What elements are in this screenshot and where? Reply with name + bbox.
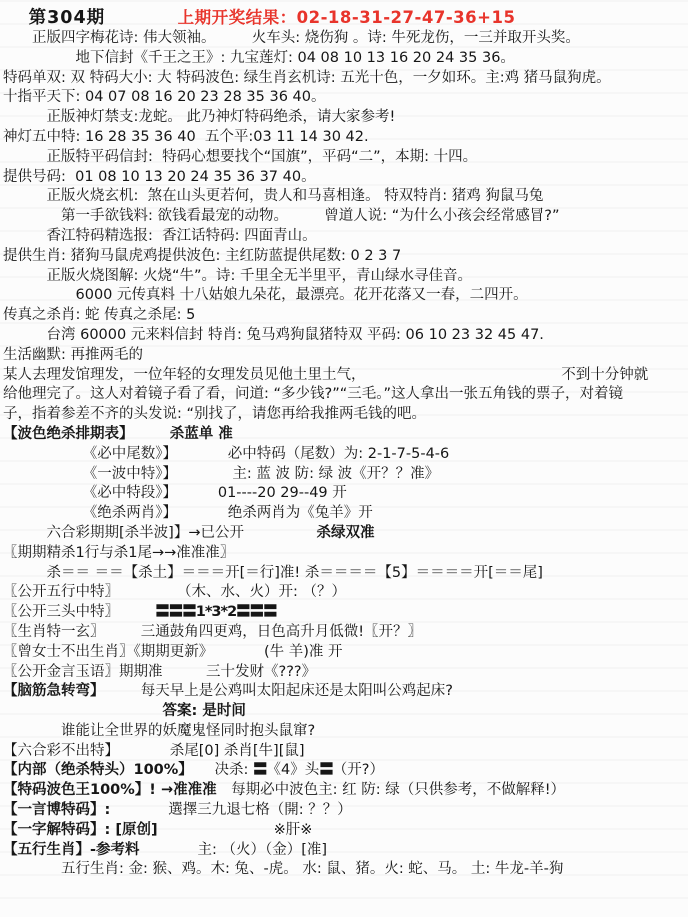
doc-line: 〖公开五行中特〗 （木、水、火）开: （？） [3,583,688,603]
text-segment: 正版火烧图解: 火烧“牛”。诗: 千里全无半里平，青山绿水寻佳音。 [3,268,472,284]
doc-line: 正版火烧图解: 火烧“牛”。诗: 千里全无半里平，青山绿水寻佳音。 [3,267,688,287]
text-segment: 〖曾女士不出生肖〗《期期更新》 (牛 羊)准 开 [3,644,343,660]
section-result: 杀蓝单 准 [170,426,233,442]
text-segment: 《必中特段》】 01----20 29--49 开 [3,485,347,501]
doc-line: 《绝杀两肖》】 绝杀两肖为《兔羊》开 [3,504,688,524]
text-segment: 〖生肖特一玄〗 三通鼓角四更鸡，日色高升月低微!〖开？〗 [3,624,422,640]
riddle-answer: 答案: 是时间 [163,703,246,719]
text-segment: 〖公开五行中特〗 （木、水、火）开: （？） [3,584,346,600]
text-segment: 每天早上是公鸡叫太阳起床还是太阳叫公鸡起床? [97,683,453,699]
doc-line: 《必中特段》】 01----20 29--49 开 [3,484,688,504]
spacer [158,822,274,838]
text-segment: 選擇三九退七格（開: ？？） [110,802,352,818]
text-segment: 谁能让全世界的妖魔鬼怪同时抱头鼠窜? [3,723,315,739]
doc-line: 地下信封《千王之王》: 九宝莲灯: 04 08 10 13 16 20 24 3… [3,49,688,69]
doc-line: 子，指着参差不齐的头发说: “别找了，请您再给我推两毛钱的吧。 [3,405,688,425]
one-char-hint: ※肝※ [274,822,313,838]
section-line: 〖公开三头中特〗 〓〓〓1*3*2〓〓〓 [3,603,688,623]
text-segment: 台湾 60000 元来料信封 特肖: 兔马鸡狗鼠猪特双 平码: 06 10 23… [3,327,544,343]
text-segment: 正版特平码信封: 特码心想要找个“国旗”，平码“二”，本期: 十四。 [3,149,477,165]
spacer [244,525,317,541]
text-segment: 决杀: [186,762,254,778]
text-segment: 〖期期精杀1行与杀1尾→→准准准〗 [3,545,234,561]
doc-line: 提供生肖: 猪狗马鼠虎鸡提供波色: 主红防蓝提供尾数: 0 2 3 7 [3,247,688,267]
issue-number: 第304期 [3,8,105,28]
text-segment: 特码单双: 双 特码大小: 大 特码波色: 绿生肖玄机诗: 五光十色，一夕如环。… [3,70,611,86]
doc-line: 五行生肖: 金: 猴、鸡。木: 兔、-虎。 水: 鼠、猪。火: 蛇、马。 土: … [3,860,688,880]
doc-line: 正版四字梅花诗: 伟大领袖。 火车头: 烧伤狗 。诗: 牛死龙伤，一三并取开头奖… [3,29,688,49]
doc-line: 〖公开金言玉语〗期期准 三十发财《???》 [3,663,688,683]
header-line: 第304期 上期开奖结果：02-18-31-27-47-36+15 [3,6,688,29]
text-segment: 《4》头 [267,762,320,778]
text-segment: （开?） [333,762,384,778]
section-title: 【一言博特码】: [3,802,110,818]
section-title: 【五行生肖】-参考料 [3,842,140,858]
text-segment: 香江特码精选报: 香江话特码: 四面青山。 [3,228,317,244]
section-title: 【脑筋急转弯】 [3,683,97,699]
doc-line: 《必中尾数》】 必中特码（尾数）为: 2-1-7-5-4-6 [3,445,688,465]
text-segment: 子，指着参差不齐的头发说: “别找了，请您再给我推两毛钱的吧。 [3,406,426,422]
text-segment: 《一波中特》】 主: 蓝 波 防: 绿 波《开？？准》 [3,466,439,482]
doc-line: 传真之杀肖: 蛇 传真之杀尾: 5 [3,306,688,326]
doc-line: 提供号码: 01 08 10 13 20 24 35 36 37 40。 [3,168,688,188]
doc-line: 正版特平码信封: 特码心想要找个“国旗”，平码“二”，本期: 十四。 [3,148,688,168]
text-segment: 提供生肖: 猪狗马鼠虎鸡提供波色: 主红防蓝提供尾数: 0 2 3 7 [3,248,401,264]
text-segment: 提供号码: 01 08 10 13 20 24 35 36 37 40。 [3,169,316,185]
text-segment: 【六合彩不出特】 杀尾[0] 杀肖[牛][鼠] [3,743,305,759]
section-line: 【脑筋急转弯】 每天早上是公鸡叫太阳起床还是太阳叫公鸡起床? [3,682,688,702]
section-line: 【内部（绝杀特头）100%】 决杀: 〓《4》头〓（开?） [3,761,688,781]
last-draw-result: 上期开奖结果：02-18-31-27-47-36+15 [178,8,516,27]
section-result: 杀绿双准 [316,525,374,541]
text-segment: 六合彩期期[杀半波]】→已公开 [3,525,244,541]
doc-line: 某人去理发馆理发，一位年轻的女理发员见他土里土气， 不到十分钟就 [3,366,688,386]
text-segment: 第一手欲钱料: 欲钱看最宠的动物。 曾道人说: “为什么小孩会经常感冒?” [3,208,559,224]
text-segment: 《必中尾数》】 必中特码（尾数）为: 2-1-7-5-4-6 [3,446,449,462]
doc-line: 【六合彩不出特】 杀尾[0] 杀肖[牛][鼠] [3,742,688,762]
text-segment: 某人去理发馆理发，一位年轻的女理发员见他土里土气， 不到十分钟就 [3,367,648,383]
doc-line: 正版神灯禁支:龙蛇。 此乃神灯特码绝杀，请大家参考! [3,108,688,128]
section-line: 六合彩期期[杀半波]】→已公开 杀绿双准 [3,524,688,544]
doc-line: 6000 元传真料 十八姑娘九朵花，最漂亮。花开花落又一春，二四开。 [3,286,688,306]
doc-line: 第一手欲钱料: 欲钱看最宠的动物。 曾道人说: “为什么小孩会经常感冒?” [3,207,688,227]
doc-line: 〖生肖特一玄〗 三通鼓角四更鸡，日色高升月低微!〖开？〗 [3,623,688,643]
document-body: 第304期 上期开奖结果：02-18-31-27-47-36+15 正版四字梅花… [0,0,688,880]
text-segment: 地下信封《千王之王》: 九宝莲灯: 04 08 10 13 16 20 24 3… [3,50,515,66]
text-segment: 给他理完了。这人对着镜子看了看，问道: “多少钱?”“三毛。”这人拿出一张五角钱… [3,386,623,402]
section-title: 【波色绝杀排期表】 [3,426,126,442]
doc-line: 给他理完了。这人对着镜子看了看，问道: “多少钱?”“三毛。”这人拿出一张五角钱… [3,385,688,405]
section-line: 【五行生肖】-参考料 主: （火）（金）[准] [3,841,688,861]
text-segment: 正版火烧玄机: 煞在山头更若何，贵人和马喜相逢。 特双特肖: 猪鸡 狗鼠马兔 [3,188,543,204]
doc-line: 生活幽默: 再推两毛的 [3,346,688,366]
text-segment: 传真之杀肖: 蛇 传真之杀尾: 5 [3,307,195,323]
text-segment: 6000 元传真料 十八姑娘九朵花，最漂亮。花开花落又一春，二四开。 [3,287,528,303]
doc-line: 杀＝＝ ＝＝【杀土】＝＝＝开[＝行]准! 杀＝＝＝＝【5】＝＝＝＝开[＝＝尾] [3,564,688,584]
spacer [126,426,170,442]
doc-line: 特码单双: 双 特码大小: 大 特码波色: 绿生肖玄机诗: 五光十色，一夕如环。… [3,69,688,89]
heads-bar: 〓〓〓1*3*2〓〓〓 [155,604,276,620]
answer-line: 答案: 是时间 [3,702,688,722]
spacer [3,703,163,719]
text-segment: 每期必中波色主: 红 防: 绿（只供参考，不做解释!） [217,782,565,798]
doc-line: 香江特码精选报: 香江话特码: 四面青山。 [3,227,688,247]
text-segment: 五行生肖: 金: 猴、鸡。木: 兔、-虎。 水: 鼠、猪。火: 蛇、马。 土: … [3,861,563,877]
doc-line: 〖期期精杀1行与杀1尾→→准准准〗 [3,544,688,564]
section-title: 【一字解特码】: [原创] [3,822,158,838]
doc-line: 神灯五中特: 16 28 35 36 40 五个平:03 11 14 30 42… [3,128,688,148]
doc-line: 《一波中特》】 主: 蓝 波 防: 绿 波《开？？准》 [3,465,688,485]
doc-line: 正版火烧玄机: 煞在山头更若何，贵人和马喜相逢。 特双特肖: 猪鸡 狗鼠马兔 [3,187,688,207]
text-segment: 《绝杀两肖》】 绝杀两肖为《兔羊》开 [3,505,373,521]
section-title: 【特码波色王100%】! →准准准 [3,782,217,798]
text-segment: 十指平天下: 04 07 08 16 20 23 28 35 36 40。 [3,89,325,105]
text-segment: 主: （火）（金）[准] [140,842,328,858]
text-segment: 正版四字梅花诗: 伟大领袖。 火车头: 烧伤狗 。诗: 牛死龙伤，一三并取开头奖… [3,30,580,46]
bar-mark: 〓 [319,762,333,778]
text-segment: 神灯五中特: 16 28 35 36 40 五个平:03 11 14 30 42… [3,129,369,145]
text-segment: 〖公开金言玉语〗期期准 三十发财《???》 [3,664,316,680]
doc-line: 台湾 60000 元来料信封 特肖: 兔马鸡狗鼠猪特双 平码: 06 10 23… [3,326,688,346]
section-line: 【特码波色王100%】! →准准准 每期必中波色主: 红 防: 绿（只供参考，不… [3,781,688,801]
section-line: 【波色绝杀排期表】 杀蓝单 准 [3,425,688,445]
text-segment: 〖公开三头中特〗 [3,604,155,620]
text-segment: 杀＝＝ ＝＝【杀土】＝＝＝开[＝行]准! 杀＝＝＝＝【5】＝＝＝＝开[＝＝尾] [3,565,543,581]
section-line: 【一字解特码】: [原创] ※肝※ [3,821,688,841]
doc-line: 谁能让全世界的妖魔鬼怪同时抱头鼠窜? [3,722,688,742]
text-segment: 正版神灯禁支:龙蛇。 此乃神灯特码绝杀，请大家参考! [3,109,395,125]
section-line: 【一言博特码】: 選擇三九退七格（開: ？？） [3,801,688,821]
text-segment: 生活幽默: 再推两毛的 [3,347,143,363]
doc-line: 十指平天下: 04 07 08 16 20 23 28 35 36 40。 [3,88,688,108]
doc-line: 〖曾女士不出生肖〗《期期更新》 (牛 羊)准 开 [3,643,688,663]
bar-mark: 〓 [253,762,267,778]
spacer [105,11,178,27]
section-title: 【内部（绝杀特头）100%】 [3,762,186,778]
